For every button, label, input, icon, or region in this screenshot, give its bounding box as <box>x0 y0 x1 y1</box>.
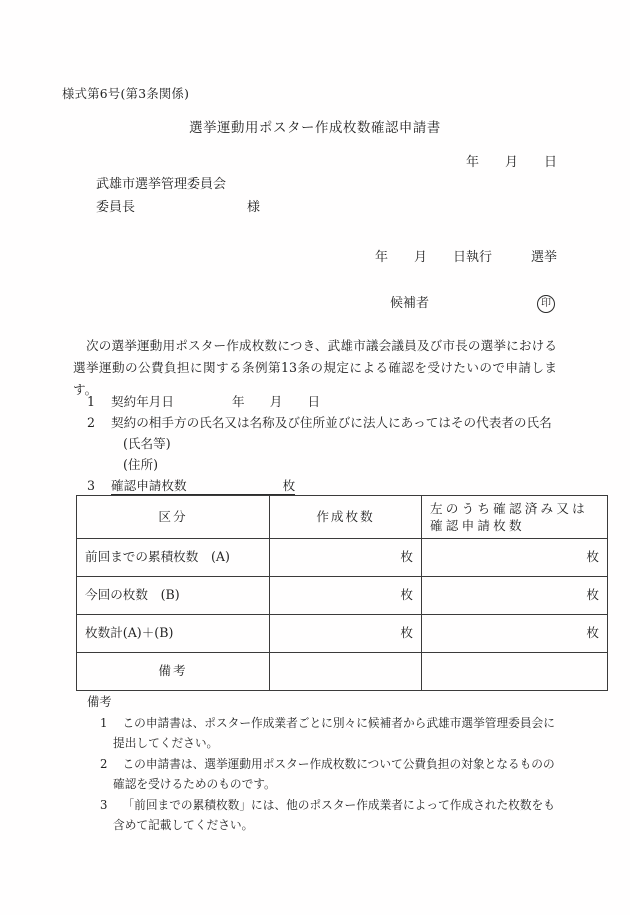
candidate-line: 候補者 印 <box>390 294 557 314</box>
numbered-items: 1契約年月日年 月 日 2契約の相手方の氏名又は名称及び住所並びに法人にあっては… <box>73 391 565 496</box>
table-row: 前回までの累積枚数 (A) 枚 枚 <box>77 539 608 577</box>
row-cumulative-label: 前回までの累積枚数 (A) <box>77 539 270 577</box>
poster-count-table: 区分 作成枚数 左のうち確認済み又は確認申請枚数 前回までの累積枚数 (A) 枚… <box>76 495 608 691</box>
candidate-label: 候補者 <box>390 294 429 314</box>
date-line: 年 月 日 <box>466 153 557 173</box>
row-total-confirmed: 枚 <box>422 615 608 653</box>
header-confirmed-line2: 確認申請枚数 <box>430 518 525 533</box>
table-remarks-row: 備考 <box>77 653 608 691</box>
item-contract-party: 2契約の相手方の氏名又は名称及び住所並びに法人にあってはその代表者の氏名 <box>73 412 565 433</box>
notes-heading: 備考 <box>87 692 557 713</box>
header-category: 区分 <box>77 496 270 539</box>
table-row: 今回の枚数 (B) 枚 枚 <box>77 577 608 615</box>
note-item: 1この申請書は、ポスター作成業者ごとに別々に候補者から武雄市選挙管理委員会に提出… <box>87 713 557 754</box>
row-current-confirmed: 枚 <box>422 577 608 615</box>
item-number: 2 <box>87 412 95 433</box>
remarks-cell-label: 備考 <box>77 653 270 691</box>
item-label: 契約年月日 <box>111 394 174 409</box>
row-current-created: 枚 <box>270 577 422 615</box>
note-item: 2この申請書は、選挙運動用ポスター作成枚数について公費負担の対象となるものの確認… <box>87 754 557 795</box>
item-number: 3 <box>87 475 95 496</box>
table-row: 枚数計(A)＋(B) 枚 枚 <box>77 615 608 653</box>
note-number: 3 <box>100 798 107 812</box>
note-number: 1 <box>100 716 107 730</box>
row-total-label: 枚数計(A)＋(B) <box>77 615 270 653</box>
header-confirmed-line1: 左のうち確認済み又は <box>430 501 588 516</box>
page-title: 選挙運動用ポスター作成枚数確認申請書 <box>0 119 630 139</box>
addressee-committee: 武雄市選挙管理委員会 <box>96 175 226 195</box>
form-number: 様式第6号(第3条関係) <box>62 85 189 103</box>
row-total-created: 枚 <box>270 615 422 653</box>
requested-count-underline: 確認申請枚数枚 <box>111 478 295 495</box>
unit-label: 枚 <box>283 478 296 493</box>
item-label: 確認申請枚数 <box>111 478 187 493</box>
chairperson-label: 委員長 <box>96 200 135 215</box>
addressee-chairperson: 委員長様 <box>96 198 260 218</box>
honorific-sama: 様 <box>247 200 260 215</box>
notes-section: 備考 1この申請書は、ポスター作成業者ごとに別々に候補者から武雄市選挙管理委員会… <box>87 692 557 836</box>
sub-item-address: (住所) <box>73 454 565 475</box>
header-confirmed-count: 左のうち確認済み又は確認申請枚数 <box>422 496 608 539</box>
election-execution-line: 年 月 日執行 選挙 <box>375 248 557 268</box>
item-number: 1 <box>87 391 95 412</box>
seal-icon: 印 <box>537 295 555 313</box>
application-form-page: 様式第6号(第3条関係) 選挙運動用ポスター作成枚数確認申請書 年 月 日 武雄… <box>0 0 630 915</box>
note-text: この申請書は、ポスター作成業者ごとに別々に候補者から武雄市選挙管理委員会に提出し… <box>113 716 555 751</box>
remarks-empty-cell <box>270 653 422 691</box>
item-requested-count: 3確認申請枚数枚 <box>73 475 565 496</box>
note-number: 2 <box>100 757 107 771</box>
note-item: 3「前回までの累積枚数」には、他のポスター作成業者によって作成された枚数をも含め… <box>87 795 557 836</box>
row-current-label: 今回の枚数 (B) <box>77 577 270 615</box>
remarks-empty-cell <box>422 653 608 691</box>
table-header-row: 区分 作成枚数 左のうち確認済み又は確認申請枚数 <box>77 496 608 539</box>
note-text: 「前回までの累積枚数」には、他のポスター作成業者によって作成された枚数をも含めて… <box>113 798 555 833</box>
sub-item-name: (氏名等) <box>73 433 565 454</box>
row-cumulative-created: 枚 <box>270 539 422 577</box>
row-cumulative-confirmed: 枚 <box>422 539 608 577</box>
header-created-count: 作成枚数 <box>270 496 422 539</box>
item-label: 契約の相手方の氏名又は名称及び住所並びに法人にあってはその代表者の氏名 <box>111 415 552 430</box>
item-date-blanks: 年 月 日 <box>232 394 320 409</box>
item-contract-date: 1契約年月日年 月 日 <box>73 391 565 412</box>
note-text: この申請書は、選挙運動用ポスター作成枚数について公費負担の対象となるものの確認を… <box>113 757 555 792</box>
